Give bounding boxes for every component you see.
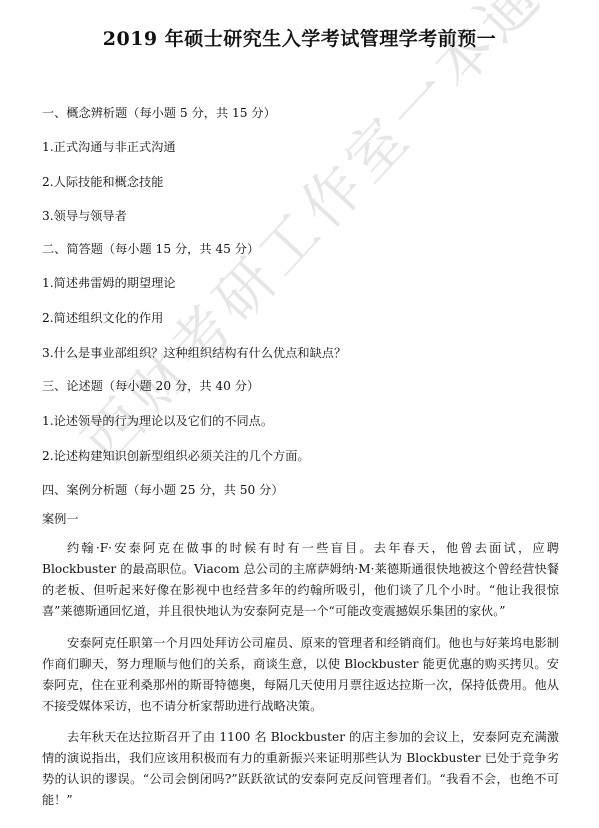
question-3-2: 2.论述构建知识创新型组织必须关注的几个方面。 (42, 447, 310, 464)
question-3-1: 1.论述领导的行为理论以及它们的不同点。 (42, 412, 273, 429)
question-1-2: 2.人际技能和概念技能 (42, 173, 163, 190)
section-heading-1: 一、概念辨析题（每小题 5 分，共 15 分） (42, 104, 276, 121)
question-2-3: 3.什么是事业部组织？这种组织结构有什么优点和缺点？ (42, 344, 346, 361)
case-paragraph-3: 去年秋天在达拉斯召开了由 1100 名 Blockbuster 的店主参加的会议… (42, 727, 559, 811)
document-page: 西财考研工作室一本通团队 2019 年硕士研究生入学考试管理学考前预一 一、概念… (0, 0, 599, 828)
section-heading-4: 四、案例分析题（每小题 25 分，共 50 分） (42, 481, 284, 498)
document-title: 2019 年硕士研究生入学考试管理学考前预一 (0, 24, 599, 51)
question-1-1: 1.正式沟通与非正式沟通 (42, 138, 176, 155)
section-heading-2: 二、简答题（每小题 15 分，共 45 分） (42, 240, 259, 257)
case-paragraph-1: 约翰·F·安泰阿克在做事的时候有时有一些盲目。去年春天，他曾去面试，应聘 Blo… (42, 538, 559, 622)
question-1-3: 3.领导与领导者 (42, 207, 127, 224)
section-heading-3: 三、论述题（每小题 20 分，共 40 分） (42, 377, 259, 394)
case-paragraph-2: 安泰阿克任职第一个月四处拜访公司雇员、原来的管理者和经销商们。他也与好莱坞电影制… (42, 633, 559, 717)
case-title: 案例一 (42, 510, 79, 527)
watermark: 西财考研工作室一本通团队 (60, 0, 599, 477)
question-2-1: 1.简述弗雷姆的期望理论 (42, 274, 176, 291)
question-2-2: 2.简述组织文化的作用 (42, 309, 163, 326)
